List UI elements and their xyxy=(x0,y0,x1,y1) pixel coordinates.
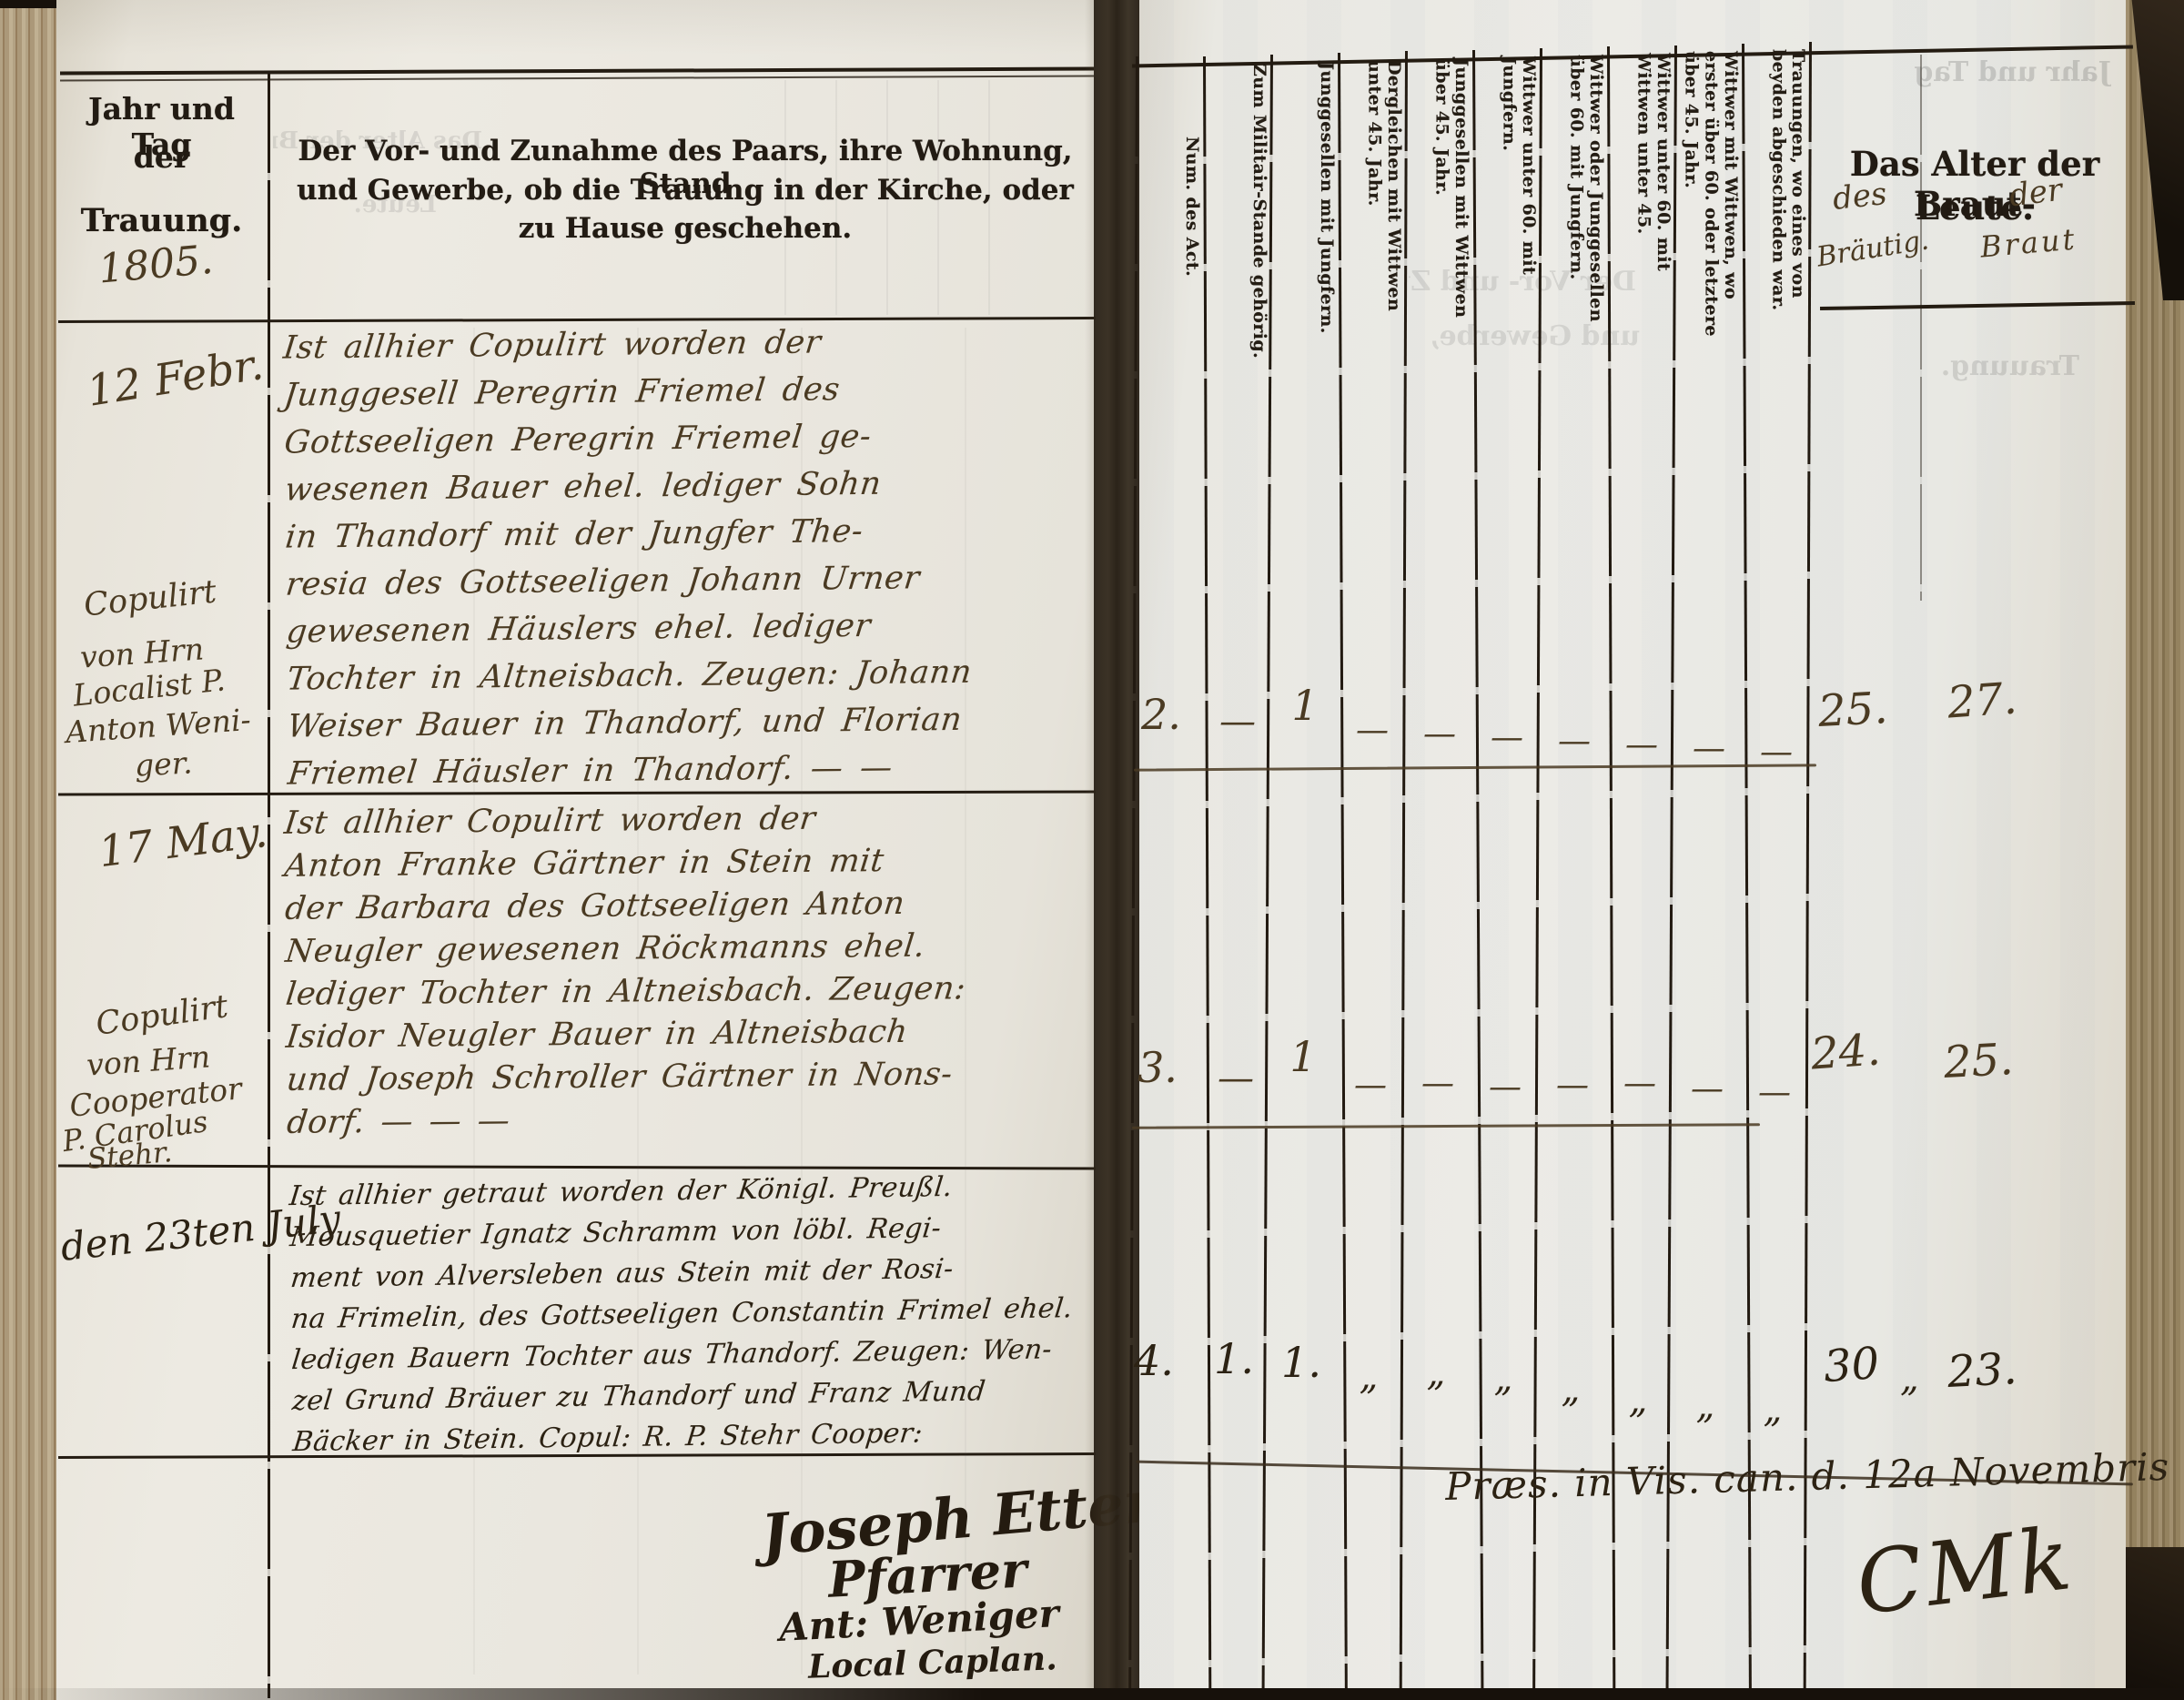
row-num: 4. xyxy=(1134,1336,1174,1385)
row-cell: — xyxy=(1339,1067,1402,1104)
stat-column-label: Wittwer oder Junggesellen über 60. mit J… xyxy=(1543,55,1605,357)
row-cell: — xyxy=(1541,1067,1604,1104)
entry-body-line: Gottseeligen Peregrin Friemel ge- xyxy=(282,410,1090,466)
bride-subcol-label-line: der xyxy=(2007,172,2065,215)
entry-body-line: in Thandorf mit der Jungfer The- xyxy=(283,505,1091,561)
entry-body-line: dorf. — — — xyxy=(285,1095,1092,1145)
row-cell: „ xyxy=(1404,1352,1468,1394)
row-cell: — xyxy=(1340,712,1404,749)
row-cell: — xyxy=(1608,1065,1672,1102)
date-column-divider xyxy=(268,73,270,1698)
row-cell: 1. xyxy=(1269,1338,1333,1387)
age-ditto-mark: „ xyxy=(1900,1358,1919,1400)
bride-age: 25. xyxy=(1943,1034,2015,1088)
row-cell: — xyxy=(1743,1074,1806,1111)
row-cell: „ xyxy=(1539,1369,1603,1411)
entry-body-line: wesenen Bauer ehel. lediger Sohn xyxy=(282,458,1090,513)
entry-body-line: Friemel Häusler in Thandorf. — — xyxy=(286,742,1094,797)
groom-age: 24. xyxy=(1809,1024,1882,1079)
row-cell: — xyxy=(1542,723,1606,760)
entry-body: Ist allhier Copulirt worden der Anton Fr… xyxy=(284,795,1089,1145)
row-cell: — xyxy=(1475,719,1539,756)
bride-age: 27. xyxy=(1946,673,2018,728)
row-cell: — xyxy=(1406,1065,1470,1102)
stat-column-label: Dergleichen mit Wittwen unter 45. Jahr. xyxy=(1341,60,1403,362)
entry-body-line: Neugler gewesenen Röckmanns ehel. xyxy=(283,924,1090,974)
stat-column-label: Wittwer mit Wittwen, wo erster über 60. … xyxy=(1678,51,1740,353)
entry-body-line: Junggesell Peregrin Friemel des xyxy=(281,363,1089,419)
row-cell: „ xyxy=(1673,1385,1737,1427)
stat-column-label: Junggesellen mit Jungfern. xyxy=(1274,62,1336,364)
entry-body-line: resia des Gottseeligen Johann Urner xyxy=(283,552,1091,608)
entry-body-line: Ist allhier Copulirt worden der xyxy=(281,316,1089,371)
row-cell: — xyxy=(1206,701,1269,743)
bleedthrough-text: Jahr und Tag xyxy=(1875,56,2111,88)
register-scan: Das Alter der Braut- Leute. Jahr und Tag… xyxy=(0,0,2184,1700)
row-cell: — xyxy=(1204,1057,1268,1099)
groom-age: 30 xyxy=(1822,1338,1881,1392)
book-cover-corner-bottom-right xyxy=(2120,1547,2184,1700)
book-edge-left xyxy=(0,0,56,1700)
entry-body-line: und Joseph Schroller Gärtner in Nons- xyxy=(284,1052,1091,1102)
stat-column-label: Junggesellen mit Wittwen über 45. Jahr. xyxy=(1409,58,1471,360)
row-cell: „ xyxy=(1606,1380,1670,1422)
entry-body-line: der Barbara des Gottseeligen Anton xyxy=(283,881,1090,931)
entry-body-line: lediger Tochter in Altneisbach. Zeugen: xyxy=(284,966,1091,1017)
scan-bottom-edge xyxy=(0,1688,2184,1700)
row-cell: „ xyxy=(1337,1356,1400,1398)
bride-age: 23. xyxy=(1946,1343,2018,1398)
row-cell: — xyxy=(1473,1068,1537,1106)
entry-body-line: Weiser Bauer in Thandorf, und Florian xyxy=(285,694,1093,750)
entry-body: Ist allhier getraut worden der Königl. P… xyxy=(289,1165,1096,1462)
entry-body-line: Ist allhier Copulirt worden der xyxy=(282,795,1089,845)
row-cell: — xyxy=(1677,730,1741,767)
row-num: 3. xyxy=(1137,1043,1178,1092)
date-col-header-line3: Trauung. xyxy=(64,202,259,239)
row-cell: „ xyxy=(1741,1389,1805,1431)
date-col-header-line2: der xyxy=(64,139,259,175)
row-cell: — xyxy=(1675,1070,1739,1108)
entry-body-line: Anton Franke Gärtner in Stein mit xyxy=(282,838,1089,888)
entry-body-line: Tochter in Altneisbach. Zeugen: Johann xyxy=(284,647,1092,703)
row-cell: — xyxy=(1408,715,1471,753)
stat-column-label: Zum Militair-Stande gehörig. xyxy=(1207,64,1269,366)
bleedthrough-text: Trauung. xyxy=(1897,350,2079,382)
row-cell: 1 xyxy=(1271,1032,1335,1081)
row-cell: 1 xyxy=(1273,681,1337,730)
entry-body: Ist allhier Copulirt worden der Junggese… xyxy=(283,316,1090,797)
entry-body-line: Isidor Neugler Bauer in Altneisbach xyxy=(284,1009,1091,1059)
groom-subcol-label-line: des xyxy=(1831,176,1888,218)
entry-body-line: gewesenen Häuslers ehel. lediger xyxy=(284,600,1092,655)
main-header-line3: zu Hause geschehen. xyxy=(284,212,1087,245)
row-cell: „ xyxy=(1471,1358,1535,1400)
stat-column-label: Wittwer unter 60. mit Wittwen unter 45. xyxy=(1611,53,1673,355)
main-header-line2: und Gewerbe, ob die Trauung in der Kirch… xyxy=(284,174,1087,207)
entry-margin-note-line: ger. xyxy=(134,744,193,783)
row-cell: 1. xyxy=(1202,1334,1266,1383)
stat-column-label: Num. des Act. xyxy=(1139,137,1201,373)
groom-age: 25. xyxy=(1817,683,1889,737)
stat-column-label: Wittwer unter 60. mit Jungfern. xyxy=(1476,56,1538,359)
row-cell: — xyxy=(1610,726,1673,764)
age-subcolumn-line xyxy=(1920,55,1922,601)
row-num: 2. xyxy=(1141,690,1181,739)
stat-column-label: Trauungen, wo eines von beyden abgeschie… xyxy=(1745,49,1807,351)
